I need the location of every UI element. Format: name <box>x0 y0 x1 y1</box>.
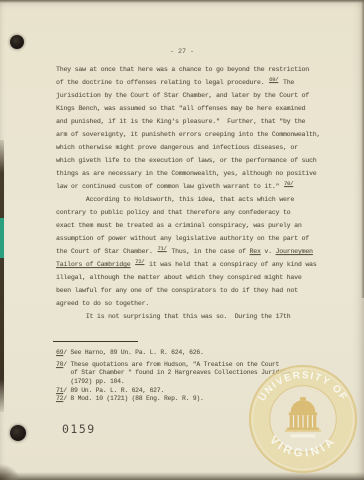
underlined-text: 70 <box>56 361 63 368</box>
text-line: It is not surprising that this was so. D… <box>56 310 318 323</box>
text-line: been lawful for any one of the conspirat… <box>56 284 318 297</box>
text-line: exact them must be treated as a criminal… <box>56 219 318 232</box>
seal-graphic: UNIVERSITY OF VIRGINIA <box>246 362 360 476</box>
text-line: Tailors of Cambridge 72/ it was held tha… <box>56 258 318 271</box>
page-number: - 27 - <box>0 48 364 56</box>
text-line: which otherwise might prove dangerous an… <box>56 141 318 154</box>
underlined-text: Journeymen <box>276 248 313 255</box>
footnote-separator <box>53 341 138 342</box>
text-line: jurisdiction by the Court of Star Chambe… <box>56 89 318 102</box>
scan-edge-top <box>0 0 364 3</box>
text-line: They saw at once that here was a chance … <box>56 63 318 76</box>
scan-edge-left-green <box>0 218 4 258</box>
university-seal-stamp: UNIVERSITY OF VIRGINIA <box>246 362 360 476</box>
scan-edge-left <box>0 140 4 412</box>
footnote-reference: 71/ <box>157 246 166 252</box>
hole-punch-bottom <box>10 425 26 441</box>
catalog-number-stamp: 0159 <box>62 422 96 436</box>
underlined-text: Tailors of Cambridge <box>56 261 130 268</box>
text-line: law or continued custom of common law gi… <box>56 180 318 193</box>
footnote-reference: 69/ <box>269 77 278 83</box>
underlined-text: 71 <box>56 387 63 394</box>
text-line: arm of sovereignty, it punisheth errors … <box>56 128 318 141</box>
text-line: of the doctrine to offenses relating to … <box>56 76 318 89</box>
text-line: 69/ See Harno, 89 Un. Pa. L. R. 624, 626… <box>56 349 318 358</box>
footnote-reference: 72/ <box>135 259 144 265</box>
text-line: assumption of power without any legislat… <box>56 232 318 245</box>
text-line: contrary to public policy and that there… <box>56 206 318 219</box>
footnote-reference: 70/ <box>284 181 293 187</box>
text-line: agreed to do so together. <box>56 297 318 310</box>
text-line: illegal, although the matter about which… <box>56 271 318 284</box>
underlined-text: 72 <box>56 395 63 402</box>
text-line: According to Holdsworth, this idea, that… <box>56 193 318 206</box>
scanned-document-page: - 27 - They saw at once that here was a … <box>0 0 364 480</box>
footnote-entry: 69/ See Harno, 89 Un. Pa. L. R. 624, 626… <box>56 349 318 358</box>
hole-punch-top <box>10 35 24 49</box>
text-line: the Court of Star Chamber. 71/ Thus, in … <box>56 245 318 258</box>
text-line: Kings Bench, was assumed so that "all of… <box>56 102 318 115</box>
scan-corner-bottom-left <box>0 464 20 480</box>
text-line: things as are necessary in the Commonwea… <box>56 167 318 180</box>
body-text: They saw at once that here was a chance … <box>56 63 318 323</box>
underlined-text: 69 <box>56 349 63 356</box>
underlined-text: Rex <box>250 248 261 255</box>
text-line: which giveth life to the execution of la… <box>56 154 318 167</box>
text-line: and punished, if it is the King's pleasu… <box>56 115 318 128</box>
